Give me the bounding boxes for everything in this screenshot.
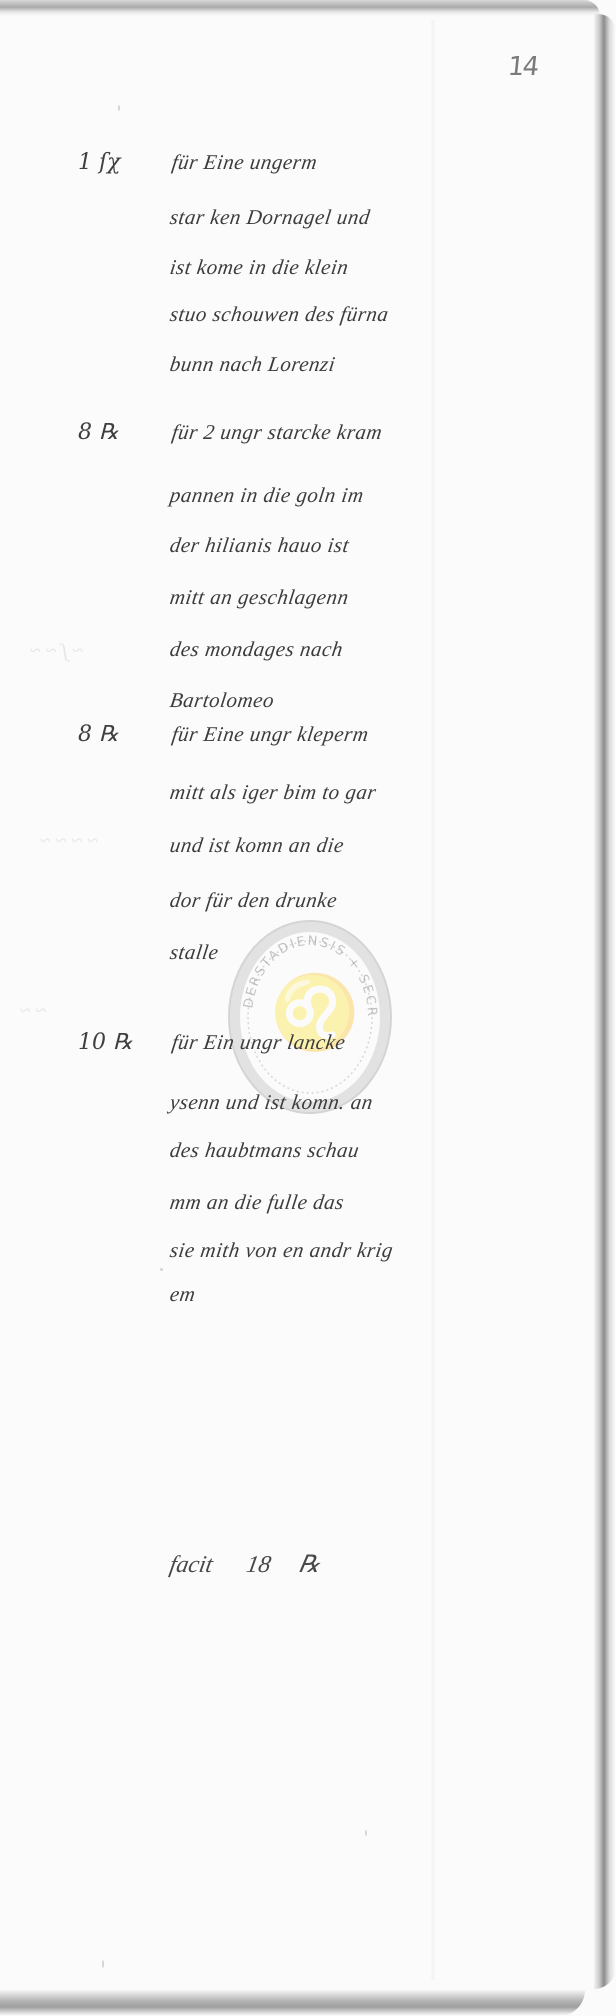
entry-line: stalle (168, 940, 220, 965)
paper-fold (430, 20, 436, 1980)
entry-amount: 1 ſχ (78, 150, 120, 175)
entry-line: bunn nach Lorenzi (168, 352, 337, 377)
entry-line: Bartolomeo (168, 688, 276, 713)
paper-speck (365, 1830, 367, 1836)
total-value: 18 (244, 1552, 273, 1578)
entry-line: ysenn und ist komn. an (168, 1090, 374, 1115)
total-unit: ℞ (296, 1552, 322, 1578)
entry-line: des haubtmans schau (168, 1138, 361, 1163)
entry-line: pannen in die goln im (168, 483, 365, 508)
manuscript-page: ~ ʃ ~ ~ ~ ~ ~ ~ ~ ~ 14 1 ſχ für Eine ung… (0, 0, 616, 2016)
entry-line: für Eine ungr kleperm (170, 722, 370, 747)
paper-speck (118, 105, 120, 111)
show-through-text: ~ ~ ~ ~ (40, 830, 98, 853)
entry-line: für Eine ungerm (170, 150, 319, 175)
entry-line: star ken Dornagel und (168, 205, 372, 230)
entry-line: der hilianis hauo ist (168, 533, 351, 558)
paper-speck (160, 1268, 163, 1271)
total-label: facit (168, 1552, 215, 1578)
entry-line: sie mith von en andr krig (168, 1238, 395, 1263)
entry-line: für Ein ungr lancke (170, 1030, 347, 1055)
entry-line: mm an die fulle das (168, 1190, 345, 1215)
entry-line: dor für den drunke (168, 888, 339, 913)
entry-line: stuo schouwen des fürna (168, 302, 390, 327)
page-bottom-edge (0, 1990, 585, 2016)
show-through-text: ~ ~ (20, 1000, 47, 1023)
entry-line: mitt als iger bim to gar (168, 780, 378, 805)
entry-amount: 8 ℞ (78, 722, 119, 747)
entry-line: em (168, 1282, 197, 1307)
entry-amount: 8 ℞ (78, 420, 119, 445)
total-line: facit18℞ (167, 1550, 322, 1579)
show-through-text: ~ ʃ ~ ~ (30, 640, 83, 663)
archive-seal-stamp: DERSTADIENSIS + SECRETUM ♌ (228, 920, 392, 1114)
page-right-edge (594, 14, 616, 1989)
entry-line: mitt an geschlagenn (168, 585, 350, 610)
entry-line: und ist komn an die (168, 833, 345, 858)
entry-line: des mondages nach (168, 637, 344, 662)
paper-speck (102, 1960, 104, 1968)
page-top-edge (0, 0, 600, 16)
entry-line: für 2 ungr starcke kram (170, 420, 384, 445)
entry-line: ist kome in die klein (168, 255, 350, 280)
entry-amount: 10 ℞ (78, 1030, 133, 1055)
folio-number: 14 (506, 52, 538, 82)
